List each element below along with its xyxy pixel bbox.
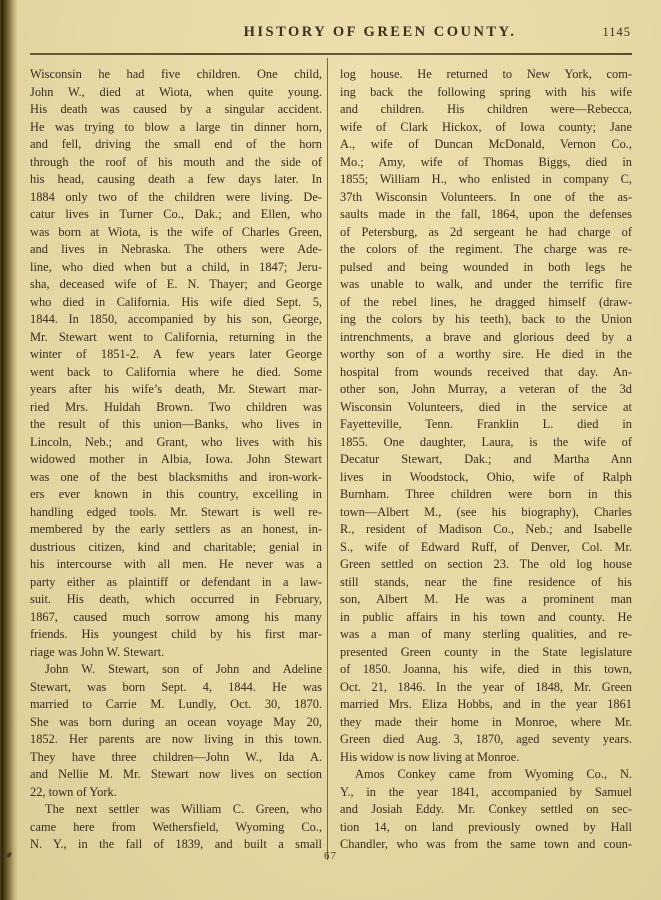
text-line: Burnham. Three children were born in thi… [340, 486, 632, 504]
text-line: Decatur Stewart, Dak.; and Martha Ann [340, 451, 632, 469]
header-rule [30, 53, 632, 55]
text-line: years after his wife’s death, Mr. Stewar… [30, 381, 322, 399]
text-line: dustrious citizen, kind and charitable; … [30, 539, 322, 557]
text-line: Oct. 21, 1846. In the year of 1848, Mr. … [340, 679, 632, 697]
text-line: town—Albert M., (see his biography), Cha… [340, 504, 632, 522]
right-text-column: log house. He returned to New York, com-… [340, 66, 632, 854]
text-line: was a man of many sterling qualities, an… [340, 626, 632, 644]
text-line: John W. Stewart, son of John and Adeline [30, 661, 322, 679]
text-line: his intercourse with all men. He never w… [30, 556, 322, 574]
text-line: ried Mrs. Huldah Brown. Two children was [30, 399, 322, 417]
text-line: Green died Aug. 3, 1870, aged seventy ye… [340, 731, 632, 749]
text-line: ing the colors by his teeth), back to th… [340, 311, 632, 329]
text-line: 37th Wisconsin Volunteers. In one of the… [340, 189, 632, 207]
paragraph: log house. He returned to New York, com-… [340, 66, 632, 766]
text-line: of 1850. Joanna, his wife, died in this … [340, 661, 632, 679]
text-line: friends. His youngest child by his first… [30, 626, 322, 644]
text-line: intrenchments, a brave and glorious deed… [340, 329, 632, 347]
text-line: riage was John W. Stewart. [30, 644, 322, 662]
text-line: 1852. Her parents are now living in this… [30, 731, 322, 749]
text-line: Lincoln, Neb.; and Grant, who lives with… [30, 434, 322, 452]
text-line: lives in Woodstock, Ohio, wife of Ralph [340, 469, 632, 487]
text-line: Fayetteville, Tenn. Franklin L. died in [340, 416, 632, 434]
text-line: Mo.; Amy, wife of Thomas Biggs, died in [340, 154, 632, 172]
text-line: the colors of the regiment. The charge w… [340, 241, 632, 259]
text-line: Green settled on section 23. The old log… [340, 556, 632, 574]
text-line: catur lives in Turner Co., Dak.; and Ell… [30, 206, 322, 224]
text-line: went back to California where he died. S… [30, 364, 322, 382]
text-line: married to Carrie M. Lundly, Oct. 30, 18… [30, 696, 322, 714]
text-line: through the roof of his mouth and the si… [30, 154, 322, 172]
printer-signature: 67 [0, 850, 661, 862]
paragraph: John W. Stewart, son of John and Adeline… [30, 661, 322, 801]
text-line: son, Albert M. He was a prominent man [340, 591, 632, 609]
text-line: in public affairs in his town and county… [340, 609, 632, 627]
text-line: was born at Wiota, is the wife of Charle… [30, 224, 322, 242]
text-line: party either as plaintiff or defendant i… [30, 574, 322, 592]
text-line: Y., in the year 1841, accompanied by Sam… [340, 784, 632, 802]
paragraph: Amos Conkey came from Wyoming Co., N.Y.,… [340, 766, 632, 854]
text-line: the result of this union—Banks, who live… [30, 416, 322, 434]
text-line: suit. His death, which occurred in Febru… [30, 591, 322, 609]
text-line: He was trying to blow a large tin dinner… [30, 119, 322, 137]
text-line: His death was caused by a singular accid… [30, 101, 322, 119]
text-line: other son, John Murray, a veteran of the… [340, 381, 632, 399]
text-line: came here from Wethersfield, Wyoming Co.… [30, 819, 322, 837]
text-line: Mr. Stewart went to California, returnin… [30, 329, 322, 347]
paragraph: The next settler was William C. Green, w… [30, 801, 322, 854]
text-line: his head, causing death a few days later… [30, 171, 322, 189]
text-line: Amos Conkey came from Wyoming Co., N. [340, 766, 632, 784]
text-line: line, who died when but a child, in 1847… [30, 259, 322, 277]
book-spine-gutter [0, 0, 18, 900]
text-line: handling edged tools. Mr. Stewart is wel… [30, 504, 322, 522]
text-line: hospital from wounds received that day. … [340, 364, 632, 382]
text-line: She was born during an ocean voyage May … [30, 714, 322, 732]
text-line: who died in California. His wife died Se… [30, 294, 322, 312]
text-line: married Mrs. Eliza Hobbs, and in the yea… [340, 696, 632, 714]
text-line: still stands, near the fine residence of… [340, 574, 632, 592]
text-line: was one of the best blacksmiths and iron… [30, 469, 322, 487]
text-line: membered by the early settlers as an hon… [30, 521, 322, 539]
text-line: R., resident of Madison Co., Neb.; and I… [340, 521, 632, 539]
text-line: Wisconsin he had five children. One chil… [30, 66, 322, 84]
book-page: HISTORY OF GREEN COUNTY. 1145 Wisconsin … [0, 0, 661, 900]
text-line: ers ever known in this country, excellin… [30, 486, 322, 504]
page-header-title: HISTORY OF GREEN COUNTY. [160, 24, 600, 41]
text-line: 1855; William H., who enlisted in compan… [340, 171, 632, 189]
text-line: The next settler was William C. Green, w… [30, 801, 322, 819]
text-line: presented Green county in the State legi… [340, 644, 632, 662]
text-line: and Nellie M. Mr. Stewart now lives on s… [30, 766, 322, 784]
text-line: and fell, driving the small end of the h… [30, 136, 322, 154]
text-line: 1855. One daughter, Laura, is the wife o… [340, 434, 632, 452]
text-line: log house. He returned to New York, com- [340, 66, 632, 84]
text-line: 1844. In 1850, accompanied by his son, G… [30, 311, 322, 329]
text-line: worthy son of a worthy sire. He died in … [340, 346, 632, 364]
text-line: of the rebel lines, he dragged himself (… [340, 294, 632, 312]
column-divider [327, 58, 328, 860]
text-line: and children. His children were—Rebecca, [340, 101, 632, 119]
text-line: winter of 1851-2. A few years later Geor… [30, 346, 322, 364]
text-line: S., wife of Edward Ruff, of Denver, Col.… [340, 539, 632, 557]
text-line: sha, deceased wife of E. N. Thayer; and … [30, 276, 322, 294]
text-line: ing back the following spring with his w… [340, 84, 632, 102]
text-line: and Josiah Eddy. Mr. Conkey settled on s… [340, 801, 632, 819]
text-line: was unable to walk, and under the terrif… [340, 276, 632, 294]
text-line: saults made in the fall, 1864, upon the … [340, 206, 632, 224]
text-line: of Petersburg, as 2d sergeant he had cha… [340, 224, 632, 242]
text-line: pulsed and being wounded in both legs he [340, 259, 632, 277]
text-line: 22, town of York. [30, 784, 322, 802]
text-line: and lives in Nebraska. The others were A… [30, 241, 322, 259]
text-line: They have three children—John W., Ida A. [30, 749, 322, 767]
text-line: John W., died at Wiota, when quite young… [30, 84, 322, 102]
text-line: 1867, caused much sorrow among his many [30, 609, 322, 627]
text-line: Wisconsin Volunteers, died in the servic… [340, 399, 632, 417]
paragraph: Wisconsin he had five children. One chil… [30, 66, 322, 661]
text-line: wife of Clark Hickox, of Iowa county; Ja… [340, 119, 632, 137]
text-line: tion 14, on land previously owned by Hal… [340, 819, 632, 837]
left-text-column: Wisconsin he had five children. One chil… [30, 66, 322, 854]
text-line: His widow is now living at Monroe. [340, 749, 632, 767]
text-line: A., wife of Duncan McDonald, Vernon Co., [340, 136, 632, 154]
text-line: 1884 only two of the children were livin… [30, 189, 322, 207]
text-line: they made their home in Monroe, where Mr… [340, 714, 632, 732]
text-line: widowed mother in Albia, Iowa. John Stew… [30, 451, 322, 469]
text-line: Stewart, was born Sept. 4, 1844. He was [30, 679, 322, 697]
page-number: 1145 [602, 25, 631, 40]
